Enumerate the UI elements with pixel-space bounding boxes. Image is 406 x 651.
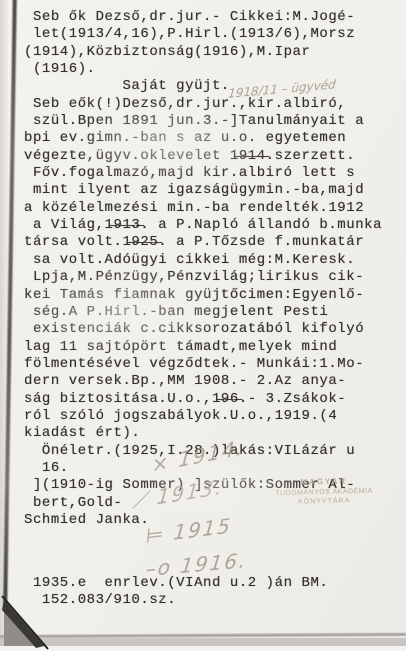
- library-stamp: MAGYAR TUDOMÁNYOS AKADÉMIA KÖNYVTÁRA: [272, 476, 377, 507]
- typed-line: kei Tamás fiamnak gyüjtőcimen:Egyenlő-: [24, 287, 382, 304]
- folded-corner: [0, 588, 70, 651]
- scanned-catalog-card: Seb ők Dezső,dr.jur.- Cikkei:M.Jogé- let…: [0, 0, 406, 651]
- typed-line: bpi ev.gimn.-ban s az u.o. egyetemen: [24, 130, 382, 147]
- typed-line: a közélelmezési min.-ba rendelték.1912: [24, 200, 382, 217]
- typed-line: szül.Bpen 1891 jun.3.-]Tanulmányait a: [24, 113, 382, 130]
- typed-line: fölmentésével végződtek.- Munkái:1.Mo-: [24, 356, 382, 373]
- typed-line: sa volt.Adóügyi cikkei még:M.Keresk.: [24, 252, 382, 269]
- typed-line: lag 11 sajtópört támadt,melyek mind: [24, 339, 382, 356]
- typed-line: dern versek.Bp.,MM 1908.- 2.Az anya-: [24, 373, 382, 390]
- typed-line: kiadást ért).: [24, 425, 382, 442]
- typed-line: Seb ők Dezső,dr.jur.- Cikkei:M.Jogé-: [24, 9, 382, 26]
- typed-line: (1914),Közbiztonság(1916),M.Ipar: [24, 44, 382, 61]
- typed-line: ság biztositása.U.o.,1̶9̶6̶.- 3.Zsákok-: [24, 391, 382, 408]
- typed-line: társa volt.1̶9̶2̶5̶. a P.Tőzsde f.munkat…: [24, 234, 382, 251]
- typed-line: Főv.fogalmazó,majd kir.albiró lett s: [24, 165, 382, 182]
- typed-line: (1916).: [24, 61, 382, 78]
- typed-line: a Világ,1̶9̶1̶3̶. a P.Napló állandó b.mu…: [24, 217, 382, 234]
- typed-line: let(1913/4,16),P.Hirl.(1913/6),Morsz: [24, 26, 382, 43]
- typed-line: existenciák c.cikksorozatából kifolyó: [24, 321, 382, 338]
- stamp-line-1: MAGYAR: [272, 476, 376, 488]
- stamp-line-2: TUDOMÁNYOS AKADÉMIA: [272, 488, 376, 498]
- typed-line: Seb eők(!)Dezső,dr.jur.,kir.albiró,: [24, 96, 382, 113]
- typed-line: Lpja,M.Pénzügy,Pénzvilág;lirikus cik-: [24, 269, 382, 286]
- typed-line: mint ilyent az igazságügymin.-ba,majd: [24, 182, 382, 199]
- typed-line: végezte,ügyv.oklevelet 1̶9̶1̶4̶.szerzett…: [24, 148, 382, 165]
- typed-line: ról szóló jogszabályok.U.o.,1919.(4: [24, 408, 382, 425]
- typed-line: ség.A P.Hirl.-ban megjelent Pesti: [24, 304, 382, 321]
